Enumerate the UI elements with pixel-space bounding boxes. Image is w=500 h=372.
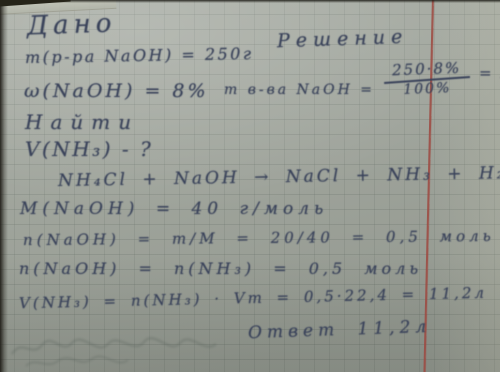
solute-mass-lhs: m в-ва NaOH =: [224, 82, 375, 98]
find-item-line: V(NH₃) - ?: [25, 137, 153, 161]
solute-mass-result: = 20г: [479, 64, 500, 82]
given-header: Дано: [27, 8, 117, 41]
fraction-denominator: 100%: [403, 80, 452, 98]
photo-left-edge: [0, 0, 8, 372]
solution-header: Решение: [277, 26, 409, 53]
volume-calculation-line: V(NH₃) = n(NH₃) · Vm = 0,5·22,4 = 11,2л: [19, 284, 487, 313]
notebook-photo: Дано m(р-ра NaOH) = 250г Решение ω(NaOH)…: [0, 0, 500, 372]
mole-ratio-line: n(NaOH) = n(NH₃) = 0,5 моль: [19, 259, 422, 278]
reaction-equation-line: NH₄Cl + NaOH → NaCl + NH₃ + H₂O: [58, 163, 500, 191]
fraction-numerator: 250·8%: [392, 59, 462, 79]
given-mass-line: m(р-ра NaOH) = 250г: [25, 44, 254, 67]
given-mass-fraction-line: ω(NaOH) = 8%: [24, 80, 209, 102]
solute-mass-calculation: m в-ва NaOH = 250·8% 100% = 20г: [224, 60, 500, 98]
photo-top-edge: [0, 0, 500, 3]
molar-mass-line: M(NaOH) = 40 г/моль: [20, 199, 328, 219]
handwriting-layer: Дано m(р-ра NaOH) = 250г Решение ω(NaOH)…: [0, 0, 500, 372]
solute-mass-fraction: 250·8% 100%: [383, 59, 470, 99]
find-header: Найти: [25, 110, 139, 134]
answer-line: Ответ 11,2л: [248, 317, 432, 343]
moles-from-mass-line: n(NaOH) = m/M = 20/40 = 0,5 моль: [23, 227, 495, 249]
